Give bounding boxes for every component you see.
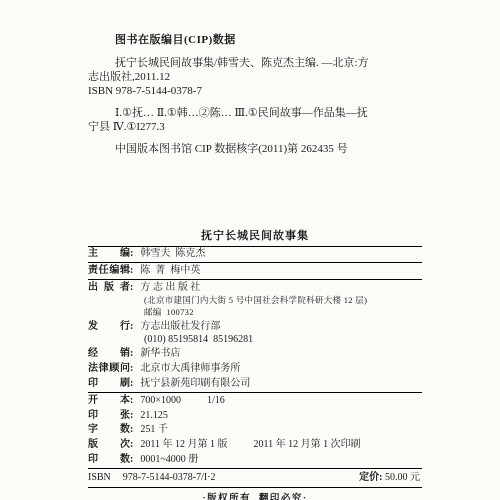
colophon-table: 抚宁长城民间故事集 主编:韩雪夫 陈克杰责任编辑:陈 菁 梅中英出版者:方 志 … <box>88 230 422 500</box>
colophon-row-group: 出版者:方 志 出 版 社(北京市建国门内大街 5 号中国社会科学院科研大楼 1… <box>88 281 422 320</box>
row-colon: : <box>130 348 133 359</box>
colophon-row: 开本:700×10001/16 <box>88 395 422 407</box>
book-copyright-page: 图书在版编目(CIP)数据 抚宁长城民间故事集/韩雪夫、陈克杰主编. —北京:方… <box>0 0 500 500</box>
row-label: 印张 <box>88 410 130 422</box>
row-value: 0001~4000 册 <box>140 454 198 465</box>
row-label-char: 数 <box>120 424 130 436</box>
colophon-row: 经销:新华书店 <box>88 348 422 360</box>
isbn-price-row: ISBN978-7-5144-0378-7/I·2 定价: 50.00 元 <box>88 470 422 488</box>
row-label-char: 法 <box>88 363 98 375</box>
row-colon: : <box>130 248 133 259</box>
row-colon: : <box>130 378 133 389</box>
price-label: 定价: <box>359 472 382 483</box>
cip-header: 图书在版编目(CIP)数据 <box>115 33 422 47</box>
colophon-row: 主编:韩雪夫 陈克杰 <box>88 248 422 260</box>
row-value-secondary: 2011 年 12 月第 1 次印刷 <box>253 439 360 450</box>
isbn-cell: ISBN978-7-5144-0378-7/I·2 <box>88 472 216 484</box>
colophon-row-group: 责任编辑:陈 菁 梅中英 <box>88 264 422 280</box>
row-label: 出版者 <box>88 282 130 294</box>
cip-description-line: ISBN 978-7-5144-0378-7 <box>88 84 422 98</box>
colophon-row-group: 发行:方志出版社发行部(010) 85195814 85196281 <box>88 320 422 347</box>
row-label-char: 经 <box>88 348 98 360</box>
isbn-label: ISBN <box>88 472 111 483</box>
colophon-row-group: 法律顾问:北京市大禹律师事务所 <box>88 362 422 377</box>
row-label-char: 者 <box>120 282 130 294</box>
cip-classification-line: 宁县 Ⅳ.①I277.3 <box>88 120 422 134</box>
row-label-char: 辑 <box>120 265 130 277</box>
row-colon: : <box>130 454 133 465</box>
cip-record-number: 中国版本图书馆 CIP 数据核字(2011)第 262435 号 <box>88 142 422 156</box>
row-label-char: 字 <box>88 424 98 436</box>
row-label-char: 律 <box>99 363 109 375</box>
row-label: 主编 <box>88 248 130 260</box>
row-label-char: 本 <box>120 395 130 407</box>
cip-description-line: 志出版社,2011.12 <box>88 70 422 84</box>
row-label-char: 销 <box>120 348 130 360</box>
row-label-char: 开 <box>88 395 98 407</box>
row-value: 2011 年 12 月第 1 版 <box>140 439 227 450</box>
colophon-row-group: 经销:新华书店 <box>88 347 422 362</box>
row-label-char: 编 <box>120 248 130 260</box>
row-label-char: 印 <box>88 454 98 466</box>
row-colon: : <box>130 265 133 276</box>
colophon-row: 发行:方志出版社发行部 <box>88 321 422 333</box>
row-label: 责任编辑 <box>88 265 130 277</box>
colophon-rows: 主编:韩雪夫 陈克杰责任编辑:陈 菁 梅中英出版者:方 志 出 版 社(北京市建… <box>88 247 422 468</box>
colophon-row: 责任编辑:陈 菁 梅中英 <box>88 265 422 277</box>
row-value: 方 志 出 版 社 <box>140 282 200 293</box>
colophon-row: 字数:251 千 <box>88 424 422 436</box>
row-value: 21.125 <box>140 410 168 421</box>
row-value: 新华书店 <box>140 348 180 359</box>
colophon-row-group: 印张:21.125 <box>88 409 422 424</box>
colophon-row: 法律顾问:北京市大禹律师事务所 <box>88 363 422 375</box>
row-label: 经销 <box>88 348 130 360</box>
row-label-char: 责 <box>88 265 98 277</box>
row-label: 开本 <box>88 395 130 407</box>
cip-description-line: 抚宁长城民间故事集/韩雪夫、陈克杰主编. —北京:方 <box>88 56 422 70</box>
row-label-char: 张 <box>120 410 130 422</box>
row-colon: : <box>130 439 133 450</box>
row-value: 抚宁县新苑印刷有限公司 <box>140 378 250 389</box>
colophon-row: 版次:2011 年 12 月第 1 版2011 年 12 月第 1 次印刷 <box>88 439 422 451</box>
row-colon: : <box>130 321 133 332</box>
row-colon: : <box>130 282 133 293</box>
price-value: 50.00 元 <box>385 472 420 483</box>
row-label: 版次 <box>88 439 130 451</box>
row-label: 法律顾问 <box>88 363 130 375</box>
row-label-char: 印 <box>88 410 98 422</box>
row-label-char: 出 <box>88 282 98 294</box>
row-label-char: 发 <box>88 321 98 333</box>
row-label-char: 刷 <box>120 378 130 390</box>
colophon-row-group: 字数:251 千 <box>88 423 422 438</box>
colophon-row-group: 印刷:抚宁县新苑印刷有限公司 <box>88 377 422 393</box>
row-label-char: 次 <box>120 439 130 451</box>
isbn-value: 978-7-5144-0378-7/I·2 <box>123 472 216 483</box>
row-value: 251 千 <box>140 424 168 435</box>
row-label-char: 顾 <box>109 363 119 375</box>
colophon-row: 印张:21.125 <box>88 410 422 422</box>
row-label: 字数 <box>88 424 130 436</box>
row-label: 印刷 <box>88 378 130 390</box>
row-label-char: 版 <box>88 439 98 451</box>
row-extra-line: (010) 85195814 85196281 <box>144 334 422 346</box>
row-label: 发行 <box>88 321 130 333</box>
row-colon: : <box>130 363 133 374</box>
colophon-row: 印刷:抚宁县新苑印刷有限公司 <box>88 378 422 390</box>
row-label-char: 主 <box>88 248 98 260</box>
row-label-char: 印 <box>88 378 98 390</box>
cip-classification-line: Ⅰ.①抚… Ⅱ.①韩…②陈… Ⅲ.①民间故事—作品集—抚 <box>88 106 422 120</box>
cip-classification: Ⅰ.①抚… Ⅱ.①韩…②陈… Ⅲ.①民间故事—作品集—抚宁县 Ⅳ.①I277.3 <box>88 106 422 134</box>
row-label-char: 问 <box>120 363 130 375</box>
colophon-row: 出版者:方 志 出 版 社 <box>88 282 422 294</box>
colophon-row-group: 印数:0001~4000 册 <box>88 453 422 469</box>
row-value: 方志出版社发行部 <box>140 321 220 332</box>
row-value-secondary: 1/16 <box>207 395 225 406</box>
row-extra-line: (北京市建国门内大街 5 号中国社会科学院科研大楼 12 层) <box>144 294 422 306</box>
row-colon: : <box>130 395 133 406</box>
copyright-notice: ·版权所有 翻印必究· <box>88 493 422 500</box>
row-label: 印数 <box>88 454 130 466</box>
row-value: 陈 菁 梅中英 <box>140 265 200 276</box>
row-extra-line: 邮编 100732 <box>144 306 422 318</box>
book-title: 抚宁长城民间故事集 <box>88 230 422 242</box>
row-label-char: 数 <box>120 454 130 466</box>
row-label-char: 编 <box>109 265 119 277</box>
cip-section: 图书在版编目(CIP)数据 抚宁长城民间故事集/韩雪夫、陈克杰主编. —北京:方… <box>88 33 422 156</box>
row-colon: : <box>130 410 133 421</box>
price-cell: 定价: 50.00 元 <box>359 472 420 484</box>
colophon-row-group: 主编:韩雪夫 陈克杰 <box>88 247 422 263</box>
row-value: 北京市大禹律师事务所 <box>140 363 240 374</box>
colophon-row: 印数:0001~4000 册 <box>88 454 422 466</box>
colophon-row-group: 版次:2011 年 12 月第 1 版2011 年 12 月第 1 次印刷 <box>88 438 422 453</box>
row-label-char: 任 <box>99 265 109 277</box>
row-label-char: 版 <box>104 282 114 294</box>
cip-description: 抚宁长城民间故事集/韩雪夫、陈克杰主编. —北京:方志出版社,2011.12IS… <box>88 56 422 98</box>
row-value: 韩雪夫 陈克杰 <box>140 248 205 259</box>
colophon-row-group: 开本:700×10001/16 <box>88 394 422 409</box>
row-value: 700×1000 <box>140 395 181 406</box>
row-colon: : <box>130 424 133 435</box>
row-label-char: 行 <box>120 321 130 333</box>
